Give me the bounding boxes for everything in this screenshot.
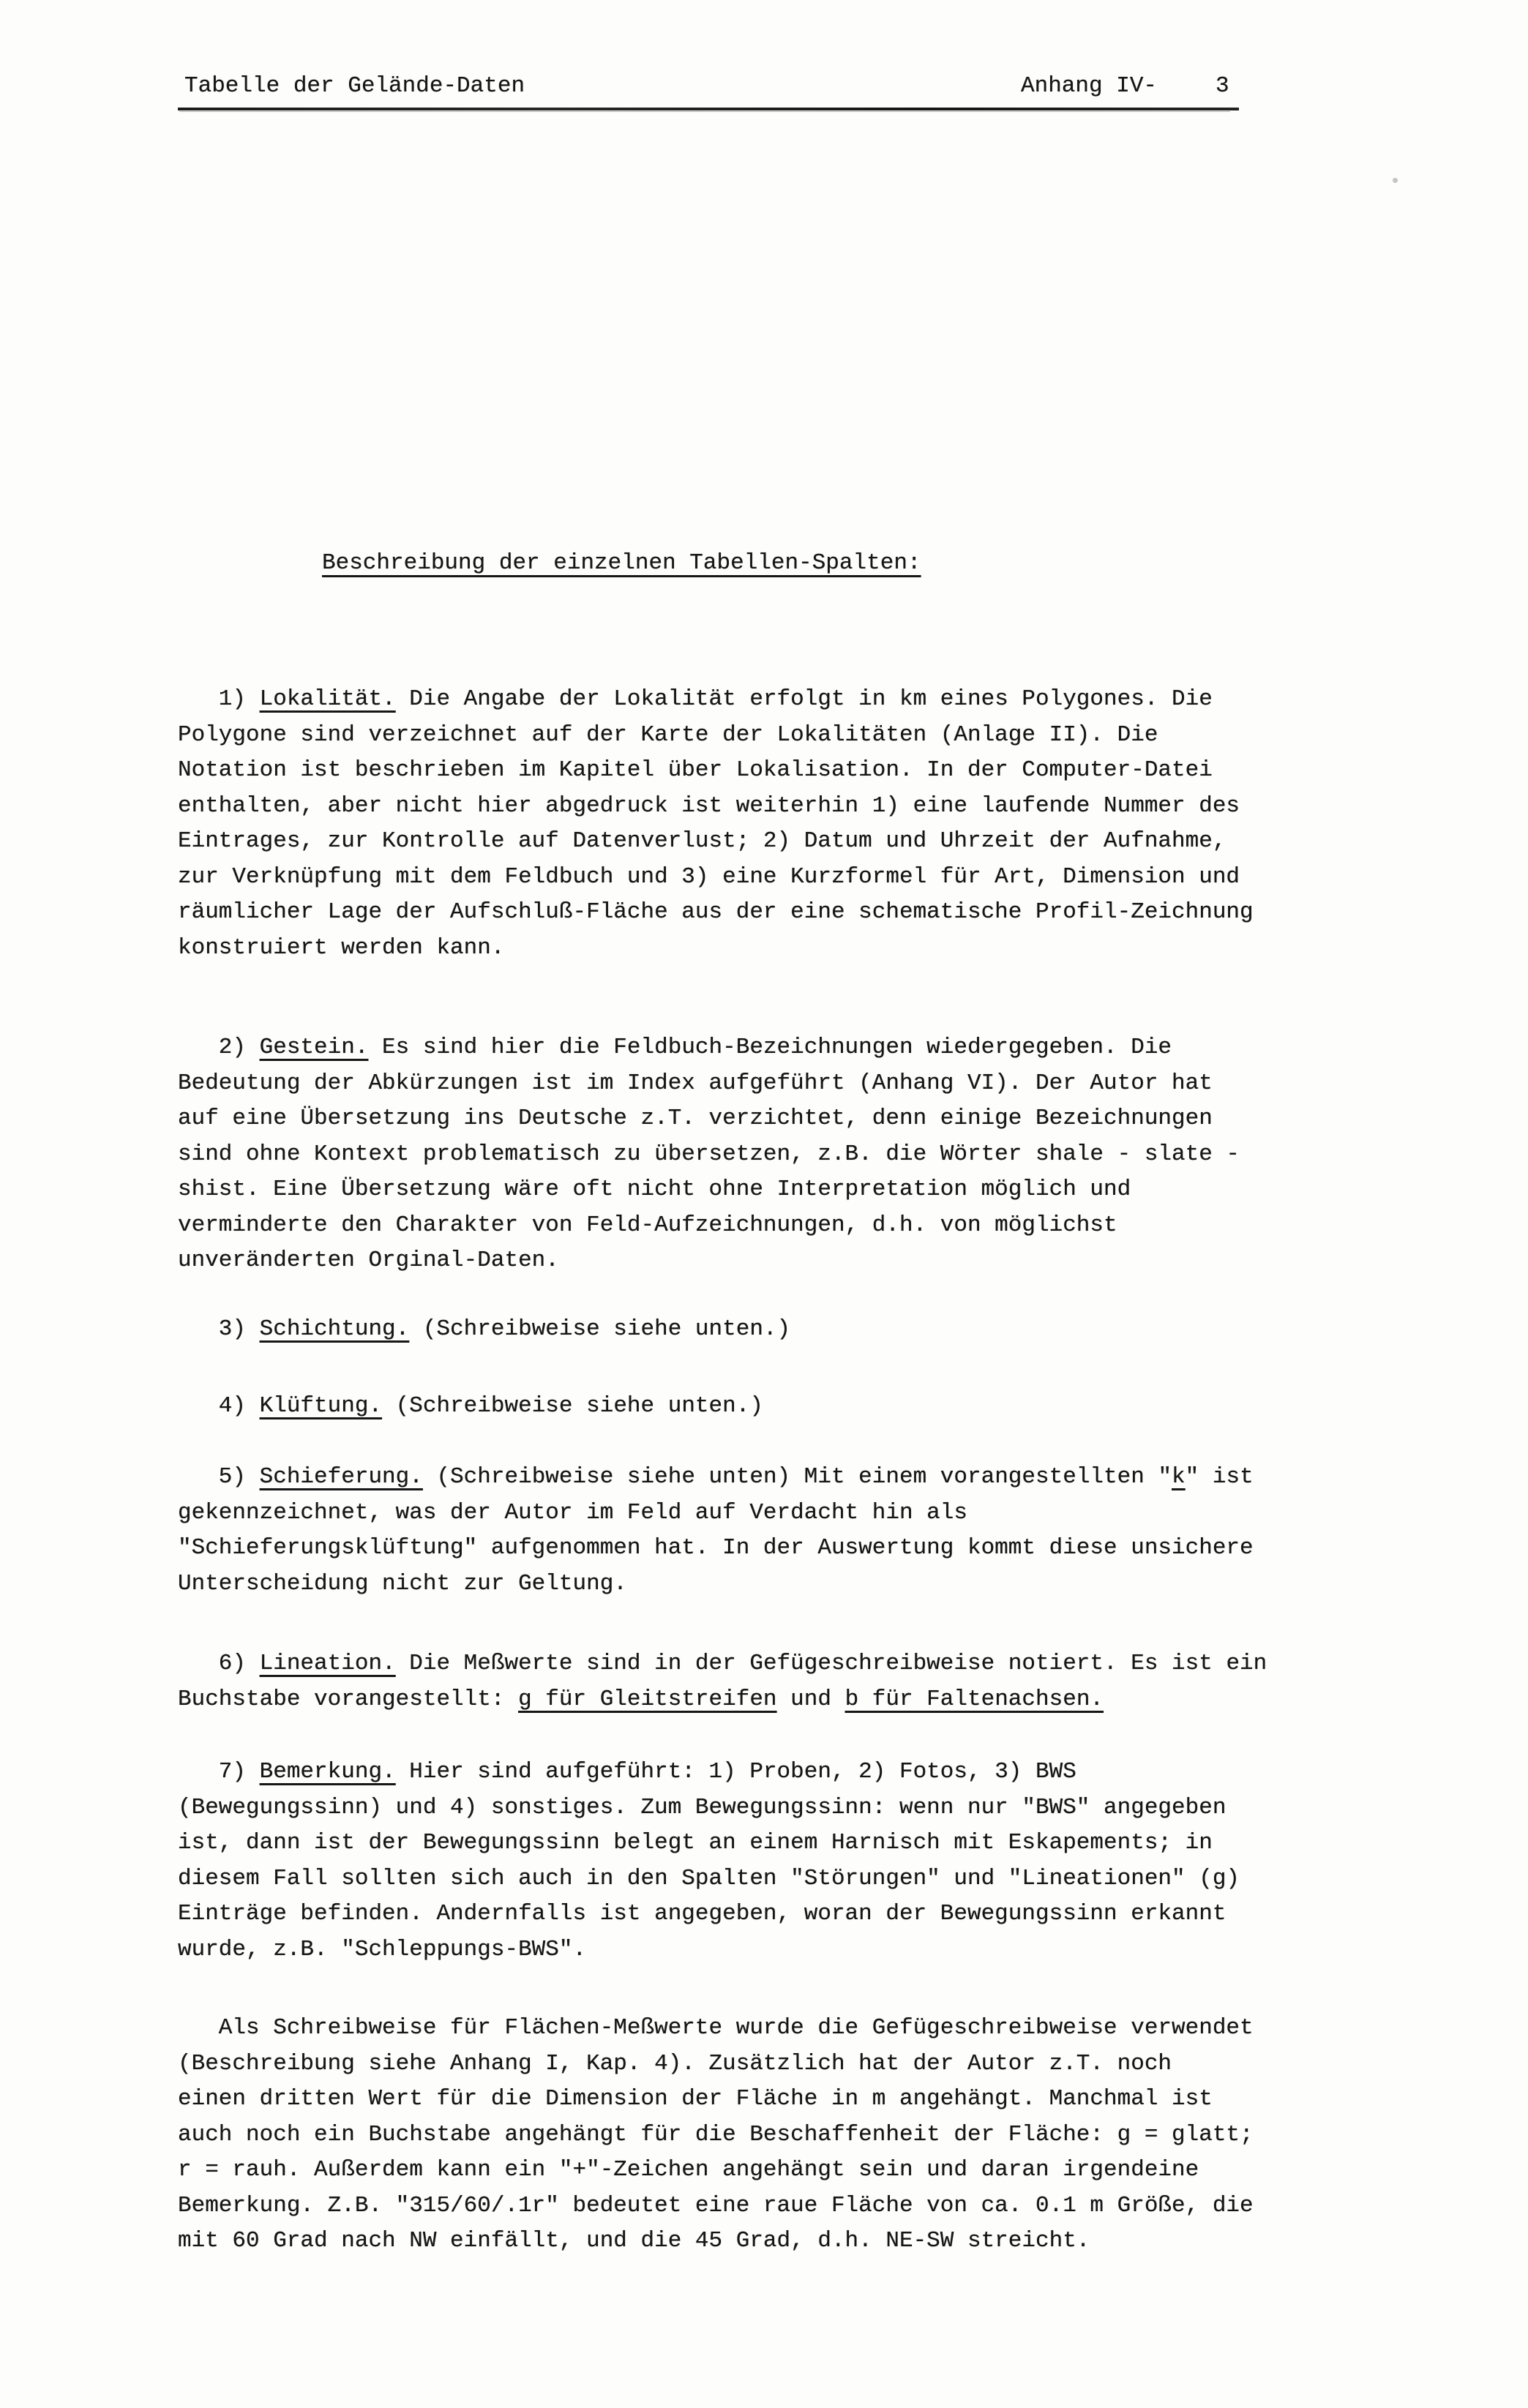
text-run: konstruiert werden kann.: [178, 935, 504, 961]
underlined-term: Lineation.: [260, 1651, 396, 1676]
text-run: Notation ist beschrieben im Kapitel über…: [178, 757, 1213, 783]
text-line: ist, dann ist der Bewegungssinn belegt a…: [178, 1826, 1240, 1861]
text-run: Die Angabe der Lokalität erfolgt in km e…: [396, 686, 1213, 712]
text-run: Die Meßwerte sind in der Gefügeschreibwe…: [396, 1651, 1267, 1676]
text-line: unveränderten Orginal-Daten.: [178, 1243, 1240, 1279]
text-run: Bemerkung. Z.B. "315/60/.1r" bedeutet ei…: [178, 2193, 1254, 2218]
page-number: 3: [1216, 73, 1229, 99]
text-line: r = rauh. Außerdem kann ein "+"-Zeichen …: [178, 2153, 1254, 2188]
text-line: shist. Eine Übersetzung wäre oft nicht o…: [178, 1172, 1240, 1208]
text-line: 7) Bemerkung. Hier sind aufgeführt: 1) P…: [178, 1755, 1240, 1790]
text-run: (Schreibweise siehe unten) Mit einem vor…: [423, 1464, 1172, 1490]
text-run: Eintrages, zur Kontrolle auf Datenverlus…: [178, 828, 1226, 854]
text-run: Es sind hier die Feldbuch-Bezeichnungen …: [368, 1035, 1172, 1060]
underlined-term: g für Gleitstreifen: [518, 1687, 776, 1712]
text-run: 7): [178, 1759, 260, 1785]
text-line: (Bewegungssinn) und 4) sonstiges. Zum Be…: [178, 1790, 1240, 1826]
text-line: "Schieferungsklüftung" aufgenommen hat. …: [178, 1531, 1254, 1567]
underlined-term: Bemerkung.: [260, 1759, 396, 1785]
paragraph-schichtung: 3) Schichtung. (Schreibweise siehe unten…: [178, 1312, 790, 1348]
text-line: enthalten, aber nicht hier abgedruck ist…: [178, 789, 1254, 825]
text-run: (Bewegungssinn) und 4) sonstiges. Zum Be…: [178, 1795, 1226, 1820]
text-line: Bemerkung. Z.B. "315/60/.1r" bedeutet ei…: [178, 2188, 1254, 2224]
text-run: Bedeutung der Abkürzungen ist im Index a…: [178, 1070, 1213, 1096]
text-line: Bedeutung der Abkürzungen ist im Index a…: [178, 1066, 1240, 1102]
text-line: 5) Schieferung. (Schreibweise siehe unte…: [178, 1460, 1254, 1496]
text-run: Buchstabe vorangestellt:: [178, 1687, 518, 1712]
paragraph-gestein: 2) Gestein. Es sind hier die Feldbuch-Be…: [178, 1030, 1240, 1279]
text-run: unveränderten Orginal-Daten.: [178, 1248, 559, 1273]
text-line: diesem Fall sollten sich auch in den Spa…: [178, 1861, 1240, 1897]
document-page: Tabelle der Gelände-Daten Anhang IV- 3 B…: [0, 0, 1528, 2408]
text-line: einen dritten Wert für die Dimension der…: [178, 2082, 1254, 2118]
paragraph-bemerkung: 7) Bemerkung. Hier sind aufgeführt: 1) P…: [178, 1755, 1240, 1968]
text-line: räumlicher Lage der Aufschluß-Fläche aus…: [178, 895, 1254, 931]
text-line: Buchstabe vorangestellt: g für Gleitstre…: [178, 1682, 1267, 1718]
text-run: verminderte den Charakter von Feld-Aufze…: [178, 1212, 1117, 1238]
header-running-title: Tabelle der Gelände-Daten: [184, 73, 525, 99]
text-run: Polygone sind verzeichnet auf der Karte …: [178, 722, 1158, 748]
text-line: gekennzeichnet, was der Autor im Feld au…: [178, 1496, 1254, 1531]
paragraph-lineation: 6) Lineation. Die Meßwerte sind in der G…: [178, 1646, 1267, 1717]
section-title: Beschreibung der einzelnen Tabellen-Spal…: [322, 550, 921, 576]
appendix-label: Anhang IV-: [1021, 73, 1157, 99]
text-run: sind ohne Kontext problematisch zu übers…: [178, 1141, 1240, 1167]
underlined-term: Gestein.: [260, 1035, 369, 1060]
text-run: auf eine Übersetzung ins Deutsche z.T. v…: [178, 1106, 1213, 1131]
text-run: 3): [178, 1316, 260, 1342]
text-line: auf eine Übersetzung ins Deutsche z.T. v…: [178, 1101, 1240, 1137]
underlined-term: Klüftung.: [260, 1393, 382, 1419]
text-line: konstruiert werden kann.: [178, 931, 1254, 967]
text-run: einen dritten Wert für die Dimension der…: [178, 2086, 1213, 2112]
underlined-term: Lokalität.: [260, 686, 396, 712]
text-line: 4) Klüftung. (Schreibweise siehe unten.): [178, 1389, 763, 1425]
text-run: Unterscheidung nicht zur Geltung.: [178, 1571, 627, 1597]
text-run: Als Schreibweise für Flächen-Meßwerte wu…: [178, 2015, 1254, 2041]
text-line: Unterscheidung nicht zur Geltung.: [178, 1567, 1254, 1602]
header-right: Anhang IV- 3: [1021, 73, 1229, 99]
text-line: 1) Lokalität. Die Angabe der Lokalität e…: [178, 682, 1254, 718]
text-run: räumlicher Lage der Aufschluß-Fläche aus…: [178, 899, 1254, 925]
text-run: (Schreibweise siehe unten.): [382, 1393, 763, 1419]
text-line: 2) Gestein. Es sind hier die Feldbuch-Be…: [178, 1030, 1240, 1066]
scan-speck: [1393, 178, 1398, 183]
text-line: sind ohne Kontext problematisch zu übers…: [178, 1137, 1240, 1173]
text-line: verminderte den Charakter von Feld-Aufze…: [178, 1208, 1240, 1244]
text-run: " ist: [1186, 1464, 1254, 1490]
text-run: enthalten, aber nicht hier abgedruck ist…: [178, 793, 1240, 819]
text-run: 6): [178, 1651, 260, 1676]
text-run: 1): [178, 686, 260, 712]
paragraph-lokalitaet: 1) Lokalität. Die Angabe der Lokalität e…: [178, 682, 1254, 966]
text-line: auch noch ein Buchstabe angehängt für di…: [178, 2118, 1254, 2153]
underlined-term: k: [1172, 1464, 1186, 1490]
paragraph-klueftung: 4) Klüftung. (Schreibweise siehe unten.): [178, 1389, 763, 1425]
text-run: ist, dann ist der Bewegungssinn belegt a…: [178, 1830, 1213, 1856]
text-run: gekennzeichnet, was der Autor im Feld au…: [178, 1500, 967, 1526]
text-line: zur Verknüpfung mit dem Feldbuch und 3) …: [178, 860, 1254, 896]
paragraph-schreibweise: Als Schreibweise für Flächen-Meßwerte wu…: [178, 2011, 1254, 2259]
text-run: zur Verknüpfung mit dem Feldbuch und 3) …: [178, 864, 1240, 890]
text-run: (Beschreibung siehe Anhang I, Kap. 4). Z…: [178, 2051, 1172, 2077]
text-run: diesem Fall sollten sich auch in den Spa…: [178, 1866, 1240, 1891]
text-run: und: [777, 1687, 845, 1712]
text-line: (Beschreibung siehe Anhang I, Kap. 4). Z…: [178, 2047, 1254, 2082]
text-line: Eintrages, zur Kontrolle auf Datenverlus…: [178, 824, 1254, 860]
header-rule: [178, 108, 1239, 110]
text-line: Als Schreibweise für Flächen-Meßwerte wu…: [178, 2011, 1254, 2047]
paragraph-schieferung: 5) Schieferung. (Schreibweise siehe unte…: [178, 1460, 1254, 1602]
text-run: (Schreibweise siehe unten.): [409, 1316, 790, 1342]
underlined-term: Schichtung.: [260, 1316, 410, 1342]
text-run: 5): [178, 1464, 260, 1490]
text-run: 4): [178, 1393, 260, 1419]
text-run: Einträge befinden. Andernfalls ist angeg…: [178, 1901, 1226, 1927]
underlined-term: Schieferung.: [260, 1464, 423, 1490]
text-run: shist. Eine Übersetzung wäre oft nicht o…: [178, 1177, 1131, 1202]
text-run: 2): [178, 1035, 260, 1060]
text-run: mit 60 Grad nach NW einfällt, und die 45…: [178, 2228, 1090, 2254]
underlined-term: b für Faltenachsen.: [845, 1687, 1104, 1712]
text-run: Hier sind aufgeführt: 1) Proben, 2) Foto…: [396, 1759, 1076, 1785]
text-run: r = rauh. Außerdem kann ein "+"-Zeichen …: [178, 2157, 1199, 2183]
text-run: "Schieferungsklüftung" aufgenommen hat. …: [178, 1535, 1254, 1561]
text-line: wurde, z.B. "Schleppungs-BWS".: [178, 1932, 1240, 1968]
text-line: 6) Lineation. Die Meßwerte sind in der G…: [178, 1646, 1267, 1682]
text-line: Einträge befinden. Andernfalls ist angeg…: [178, 1897, 1240, 1932]
text-line: 3) Schichtung. (Schreibweise siehe unten…: [178, 1312, 790, 1348]
text-line: Notation ist beschrieben im Kapitel über…: [178, 753, 1254, 789]
text-line: Polygone sind verzeichnet auf der Karte …: [178, 718, 1254, 754]
text-run: auch noch ein Buchstabe angehängt für di…: [178, 2122, 1254, 2148]
text-run: wurde, z.B. "Schleppungs-BWS".: [178, 1937, 586, 1962]
text-line: mit 60 Grad nach NW einfällt, und die 45…: [178, 2224, 1254, 2259]
